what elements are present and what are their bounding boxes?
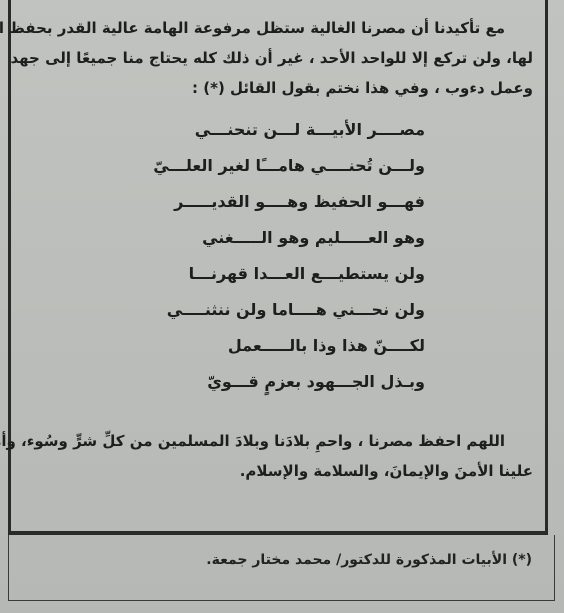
main-text-box: مع تأكيدنا أن مصرنا الغالية ستظل مرفوعة …	[8, 0, 548, 535]
poem-verse: ولن يستطيـــع العـــدا قهرنـــا	[161, 256, 425, 292]
poem-verse: فهـــو الحفيظ وهــــو القديـــــر	[161, 184, 425, 220]
intro-line-3: وعمل دءوب ، وفي هذا نختم بقول القائل (*)…	[25, 73, 533, 103]
poem-verse: وبـذل الجـــهود بعزمٍ قـــويّ	[161, 364, 425, 400]
poem-verse: لكــــنّ هذا وذا بالـــــعمل	[161, 328, 425, 364]
document-page: مع تأكيدنا أن مصرنا الغالية ستظل مرفوعة …	[0, 0, 564, 613]
footnote-text: (*) الأبيات المذكورة للدكتور/ محمد مختار…	[206, 552, 532, 568]
prayer-line-2: علينا الأمنَ والإيمانَ، والسلامة والإسلا…	[25, 456, 533, 486]
poem-verse: وهو العـــــليم وهو الـــــغني	[161, 220, 425, 256]
intro-line-2: لها، ولن تركع إلا للواحد الأحد ، غير أن …	[25, 43, 533, 73]
poem: مصــــر الأبيـــة لـــن تنحنـــي ولـــن …	[161, 112, 425, 400]
intro-line-1: مع تأكيدنا أن مصرنا الغالية ستظل مرفوعة …	[25, 13, 533, 43]
poem-verse: ولن نحـــني هــــاما ولن ننثنــــي	[161, 292, 425, 328]
poem-verse: ولـــن تُحنــــي هامـــًا لغير العلـــيّ	[161, 148, 425, 184]
prayer-line-1: اللهم احفظ مصرنا ، واحمِ بلادَنا وبلادَ …	[25, 426, 533, 456]
poem-verse: مصــــر الأبيـــة لـــن تنحنـــي	[161, 112, 425, 148]
intro-paragraph: مع تأكيدنا أن مصرنا الغالية ستظل مرفوعة …	[25, 13, 533, 103]
footnote-box: (*) الأبيات المذكورة للدكتور/ محمد مختار…	[8, 535, 555, 601]
prayer-paragraph: اللهم احفظ مصرنا ، واحمِ بلادَنا وبلادَ …	[25, 426, 533, 486]
